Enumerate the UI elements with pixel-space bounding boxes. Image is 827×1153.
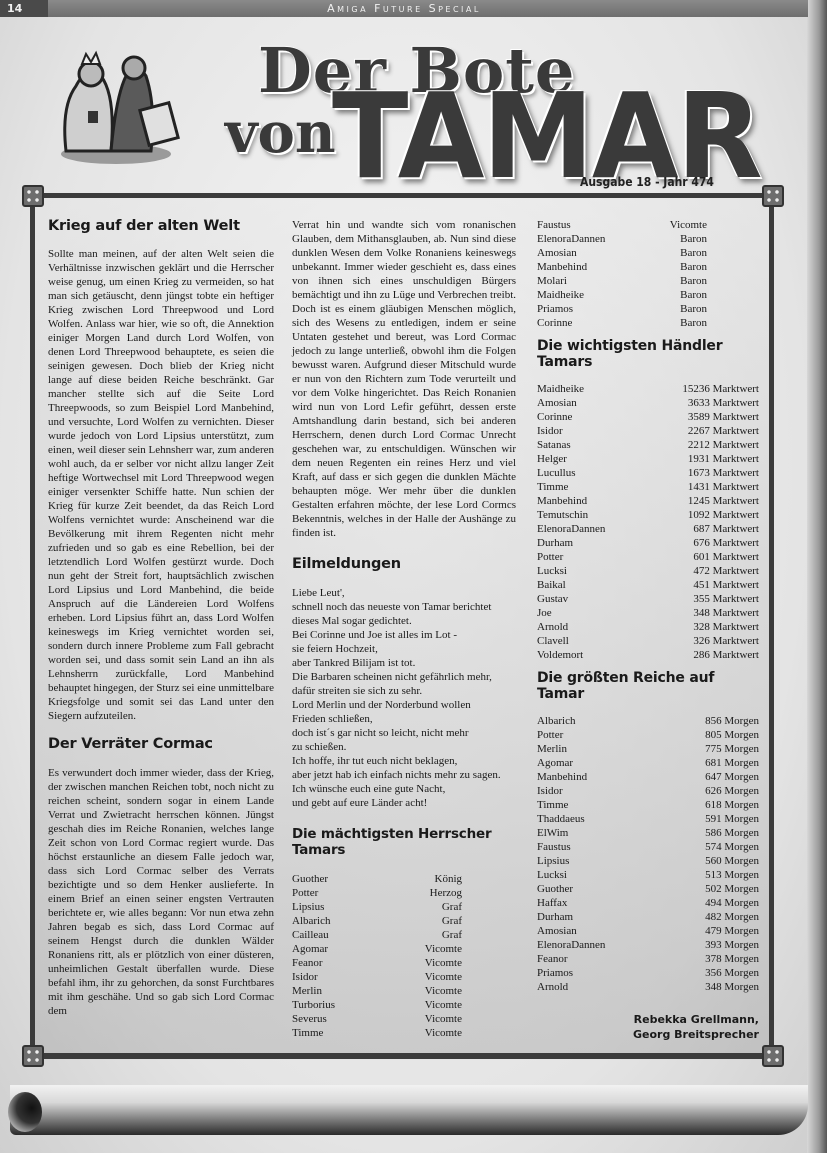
- row-value: 687 Marktwert: [642, 522, 759, 536]
- realm-row: Durham482 Morgen: [537, 910, 759, 924]
- row-value: 348 Morgen: [661, 980, 759, 994]
- row-name: Priamos: [537, 966, 661, 980]
- row-name: Arnold: [537, 980, 661, 994]
- row-value: Vicomte: [383, 1012, 462, 1026]
- ruler-row: PriamosBaron: [537, 302, 707, 316]
- row-value: 591 Morgen: [661, 812, 759, 826]
- realm-row: Thaddaeus591 Morgen: [537, 812, 759, 826]
- poem-line: Lord Merlin und der Norderbund wollen: [292, 698, 516, 712]
- trader-row: Temutschin1092 Marktwert: [537, 508, 759, 522]
- row-name: Amosian: [537, 924, 661, 938]
- row-value: 326 Marktwert: [642, 634, 759, 648]
- ruler-row: FaustusVicomte: [537, 218, 707, 232]
- ruler-row: ElenoraDannenBaron: [537, 232, 707, 246]
- row-value: 805 Morgen: [661, 728, 759, 742]
- realm-row: Timme618 Morgen: [537, 798, 759, 812]
- ruler-row: CailleauGraf: [292, 928, 462, 942]
- column-1: Krieg auf der alten Welt Sollte man mein…: [48, 218, 274, 1018]
- row-value: Vicomte: [383, 956, 462, 970]
- row-name: Timme: [292, 1026, 383, 1040]
- row-name: Albarich: [537, 714, 661, 728]
- row-value: 775 Morgen: [661, 742, 759, 756]
- masthead-title-von: von: [225, 100, 336, 166]
- row-name: Amosian: [537, 396, 642, 410]
- row-name: Guother: [292, 872, 383, 886]
- row-value: 393 Morgen: [661, 938, 759, 952]
- row-value: 2267 Marktwert: [642, 424, 759, 438]
- row-name: Manbehind: [537, 260, 647, 274]
- trader-row: Timme1431 Marktwert: [537, 480, 759, 494]
- row-value: 647 Morgen: [661, 770, 759, 784]
- row-value: Baron: [647, 246, 707, 260]
- row-value: 328 Marktwert: [642, 620, 759, 634]
- row-name: Joe: [537, 606, 642, 620]
- trader-row: Amosian3633 Marktwert: [537, 396, 759, 410]
- row-name: Feanor: [537, 952, 661, 966]
- poem-line: dieses Mal sogar gedichtet.: [292, 614, 516, 628]
- row-value: 601 Marktwert: [642, 550, 759, 564]
- trader-row: Maidheike15236 Marktwert: [537, 382, 759, 396]
- trader-row: Baikal451 Marktwert: [537, 578, 759, 592]
- row-name: ElenoraDannen: [537, 522, 642, 536]
- author-signature-2: Georg Breitsprecher: [537, 1027, 759, 1042]
- row-name: Potter: [537, 728, 661, 742]
- row-name: Arnold: [537, 620, 642, 634]
- row-value: 626 Morgen: [661, 784, 759, 798]
- row-value: 1245 Marktwert: [642, 494, 759, 508]
- issue-info: Ausgabe 18 - Jahr 474: [580, 175, 714, 189]
- row-name: Isidor: [537, 784, 661, 798]
- row-value: 3589 Marktwert: [642, 410, 759, 424]
- row-name: Helger: [537, 452, 642, 466]
- trader-row: Clavell326 Marktwert: [537, 634, 759, 648]
- trader-row: Helger1931 Marktwert: [537, 452, 759, 466]
- row-name: Faustus: [537, 840, 661, 854]
- poem-line: Liebe Leut',: [292, 586, 516, 600]
- trader-row: ElenoraDannen687 Marktwert: [537, 522, 759, 536]
- realm-row: Amosian479 Morgen: [537, 924, 759, 938]
- trader-row: Potter601 Marktwert: [537, 550, 759, 564]
- row-name: Merlin: [292, 984, 383, 998]
- row-name: Guother: [537, 882, 661, 896]
- poem-line: Frieden schließen,: [292, 712, 516, 726]
- row-value: Graf: [383, 928, 462, 942]
- row-name: ElenoraDannen: [537, 232, 647, 246]
- row-value: Vicomte: [383, 942, 462, 956]
- row-name: Lipsius: [292, 900, 383, 914]
- row-name: Thaddaeus: [537, 812, 661, 826]
- frame-rivet-icon: [762, 1045, 784, 1067]
- ruler-row: AmosianBaron: [537, 246, 707, 260]
- poem-line: Ich hoffe, ihr tut euch nicht beklagen,: [292, 754, 516, 768]
- frame-rivet-icon: [22, 1045, 44, 1067]
- realms-heading: Die größten Reiche auf Tamar: [537, 670, 759, 702]
- row-name: ElWim: [537, 826, 661, 840]
- row-value: 1931 Marktwert: [642, 452, 759, 466]
- row-value: 856 Morgen: [661, 714, 759, 728]
- realm-row: Lipsius560 Morgen: [537, 854, 759, 868]
- row-value: 574 Morgen: [661, 840, 759, 854]
- ruler-row: MaidheikeBaron: [537, 288, 707, 302]
- poem-line: Die Barbaren scheinen nicht gefährlich m…: [292, 670, 516, 684]
- realm-row: Potter805 Morgen: [537, 728, 759, 742]
- row-name: Gustav: [537, 592, 642, 606]
- row-name: Manbehind: [537, 770, 661, 784]
- row-name: Voldemort: [537, 648, 642, 662]
- article-body-krieg: Sollte man meinen, auf der alten Welt se…: [48, 247, 274, 723]
- row-name: Albarich: [292, 914, 383, 928]
- row-name: Amosian: [537, 246, 647, 260]
- row-value: König: [383, 872, 462, 886]
- row-value: 286 Marktwert: [642, 648, 759, 662]
- poem-line: zu schießen.: [292, 740, 516, 754]
- poem-line: doch ist´s gar nicht so leicht, nicht me…: [292, 726, 516, 740]
- realm-row: Agomar681 Morgen: [537, 756, 759, 770]
- column-3: FaustusVicomteElenoraDannenBaronAmosianB…: [537, 218, 759, 1042]
- trader-row: Joe348 Marktwert: [537, 606, 759, 620]
- row-name: Agomar: [292, 942, 383, 956]
- row-value: 676 Marktwert: [642, 536, 759, 550]
- author-signature-1: Rebekka Grellmann,: [537, 1012, 759, 1027]
- rulers-table-continued: FaustusVicomteElenoraDannenBaronAmosianB…: [537, 218, 707, 330]
- realm-row: Isidor626 Morgen: [537, 784, 759, 798]
- column-2: Verrat hin und wandte sich vom ronanisch…: [292, 218, 516, 1040]
- row-value: 494 Morgen: [661, 896, 759, 910]
- realm-row: Merlin775 Morgen: [537, 742, 759, 756]
- poem-line: Bei Corinne und Joe ist alles im Lot -: [292, 628, 516, 642]
- frame-rivet-icon: [22, 185, 44, 207]
- realm-row: Faustus574 Morgen: [537, 840, 759, 854]
- trader-row: Voldemort286 Marktwert: [537, 648, 759, 662]
- ruler-row: GuotherKönig: [292, 872, 462, 886]
- realm-row: Arnold348 Morgen: [537, 980, 759, 994]
- scroll-curl-icon: [8, 1092, 42, 1132]
- row-value: Graf: [383, 900, 462, 914]
- ruler-row: MerlinVicomte: [292, 984, 462, 998]
- row-value: 378 Morgen: [661, 952, 759, 966]
- row-value: 586 Morgen: [661, 826, 759, 840]
- poem-line: sie feiern Hochzeit,: [292, 642, 516, 656]
- row-value: 618 Morgen: [661, 798, 759, 812]
- row-value: Baron: [647, 274, 707, 288]
- row-value: 356 Morgen: [661, 966, 759, 980]
- realms-table: Albarich856 MorgenPotter805 MorgenMerlin…: [537, 714, 759, 994]
- row-value: 513 Morgen: [661, 868, 759, 882]
- traders-heading: Die wichtigsten Händler Tamars: [537, 338, 759, 370]
- trader-row: Durham676 Marktwert: [537, 536, 759, 550]
- king-and-scribe-illustration-icon: [46, 36, 186, 166]
- row-value: Vicomte: [383, 970, 462, 984]
- ruler-row: TimmeVicomte: [292, 1026, 462, 1040]
- row-name: Lucksi: [537, 564, 642, 578]
- row-name: Cailleau: [292, 928, 383, 942]
- row-value: 1431 Marktwert: [642, 480, 759, 494]
- row-name: Corinne: [537, 316, 647, 330]
- scroll-bottom-roll: [10, 1085, 808, 1135]
- ruler-row: ManbehindBaron: [537, 260, 707, 274]
- trader-row: Isidor2267 Marktwert: [537, 424, 759, 438]
- row-value: Vicomte: [383, 1026, 462, 1040]
- realm-row: Albarich856 Morgen: [537, 714, 759, 728]
- ruler-row: TurboriusVicomte: [292, 998, 462, 1012]
- row-value: Graf: [383, 914, 462, 928]
- row-name: Durham: [537, 910, 661, 924]
- ruler-row: CorinneBaron: [537, 316, 707, 330]
- row-name: Potter: [292, 886, 383, 900]
- row-value: Baron: [647, 260, 707, 274]
- article-heading-cormac: Der Verräter Cormac: [48, 736, 274, 752]
- poem-line: schnell noch das neueste von Tamar beric…: [292, 600, 516, 614]
- ruler-row: FeanorVicomte: [292, 956, 462, 970]
- poem-line: aber Tankred Bilijam ist tot.: [292, 656, 516, 670]
- trader-row: Lucksi472 Marktwert: [537, 564, 759, 578]
- row-name: Corinne: [537, 410, 642, 424]
- row-name: Priamos: [537, 302, 647, 316]
- row-name: Turborius: [292, 998, 383, 1012]
- row-value: Vicomte: [383, 998, 462, 1012]
- row-value: 472 Marktwert: [642, 564, 759, 578]
- realm-row: ElWim586 Morgen: [537, 826, 759, 840]
- row-value: 681 Morgen: [661, 756, 759, 770]
- row-name: ElenoraDannen: [537, 938, 661, 952]
- realm-row: Priamos356 Morgen: [537, 966, 759, 980]
- row-value: Vicomte: [383, 984, 462, 998]
- row-name: Feanor: [292, 956, 383, 970]
- row-value: Herzog: [383, 886, 462, 900]
- row-name: Haffax: [537, 896, 661, 910]
- magazine-title: Amiga Future Special: [0, 0, 808, 17]
- row-name: Maidheike: [537, 382, 642, 396]
- row-value: 348 Marktwert: [642, 606, 759, 620]
- frame-rivet-icon: [762, 185, 784, 207]
- row-value: Baron: [647, 288, 707, 302]
- page-number: 14: [0, 0, 48, 17]
- trader-row: Corinne3589 Marktwert: [537, 410, 759, 424]
- realm-row: Guother502 Morgen: [537, 882, 759, 896]
- row-value: Baron: [647, 302, 707, 316]
- row-name: Faustus: [537, 218, 647, 232]
- row-name: Molari: [537, 274, 647, 288]
- article-body-cormac-part2: Verrat hin und wandte sich vom ronanisch…: [292, 218, 516, 540]
- trader-row: Arnold328 Marktwert: [537, 620, 759, 634]
- page-header-bar: Amiga Future Special 14: [0, 0, 808, 17]
- row-name: Lucullus: [537, 466, 642, 480]
- trader-row: Gustav355 Marktwert: [537, 592, 759, 606]
- row-value: 502 Morgen: [661, 882, 759, 896]
- realm-row: Feanor378 Morgen: [537, 952, 759, 966]
- rulers-table: GuotherKönigPotterHerzogLipsiusGrafAlbar…: [292, 872, 462, 1040]
- row-name: Timme: [537, 798, 661, 812]
- row-name: Manbehind: [537, 494, 642, 508]
- row-name: Maidheike: [537, 288, 647, 302]
- row-name: Agomar: [537, 756, 661, 770]
- realm-row: Haffax494 Morgen: [537, 896, 759, 910]
- row-name: Timme: [537, 480, 642, 494]
- ruler-row: IsidorVicomte: [292, 970, 462, 984]
- row-name: Isidor: [292, 970, 383, 984]
- realm-row: Manbehind647 Morgen: [537, 770, 759, 784]
- trader-row: Lucullus1673 Marktwert: [537, 466, 759, 480]
- ruler-row: SeverusVicomte: [292, 1012, 462, 1026]
- ruler-row: MolariBaron: [537, 274, 707, 288]
- row-value: 355 Marktwert: [642, 592, 759, 606]
- article-heading-krieg: Krieg auf der alten Welt: [48, 218, 274, 234]
- rulers-heading: Die mächtigsten Herrscher Tamars: [292, 826, 516, 858]
- row-name: Satanas: [537, 438, 642, 452]
- row-name: Clavell: [537, 634, 642, 648]
- realm-row: ElenoraDannen393 Morgen: [537, 938, 759, 952]
- row-value: Vicomte: [647, 218, 707, 232]
- poem-line: dafür streiten sie sich zu sehr.: [292, 684, 516, 698]
- row-value: Baron: [647, 232, 707, 246]
- row-name: Durham: [537, 536, 642, 550]
- row-name: Lipsius: [537, 854, 661, 868]
- article-heading-eilmeldungen: Eilmeldungen: [292, 556, 516, 572]
- realm-row: Lucksi513 Morgen: [537, 868, 759, 882]
- row-name: Merlin: [537, 742, 661, 756]
- row-name: Isidor: [537, 424, 642, 438]
- ruler-row: PotterHerzog: [292, 886, 462, 900]
- poem-line: aber jetzt hab ich einfach nichts mehr z…: [292, 768, 516, 782]
- row-value: 560 Morgen: [661, 854, 759, 868]
- trader-row: Manbehind1245 Marktwert: [537, 494, 759, 508]
- row-value: Baron: [647, 316, 707, 330]
- row-value: 479 Morgen: [661, 924, 759, 938]
- trader-row: Satanas2212 Marktwert: [537, 438, 759, 452]
- row-name: Baikal: [537, 578, 642, 592]
- page-edge: [807, 0, 827, 1153]
- ruler-row: AlbarichGraf: [292, 914, 462, 928]
- row-value: 15236 Marktwert: [642, 382, 759, 396]
- ruler-row: LipsiusGraf: [292, 900, 462, 914]
- row-value: 451 Marktwert: [642, 578, 759, 592]
- row-value: 2212 Marktwert: [642, 438, 759, 452]
- poem-line: und gebt auf eure Länder acht!: [292, 796, 516, 810]
- row-name: Temutschin: [537, 508, 642, 522]
- row-name: Lucksi: [537, 868, 661, 882]
- row-value: 3633 Marktwert: [642, 396, 759, 410]
- poem-line: Ich wünsche euch eine gute Nacht,: [292, 782, 516, 796]
- row-name: Severus: [292, 1012, 383, 1026]
- traders-table: Maidheike15236 MarktwertAmosian3633 Mark…: [537, 382, 759, 662]
- article-body-cormac-part1: Es verwundert doch immer wieder, dass de…: [48, 766, 274, 1018]
- row-name: Potter: [537, 550, 642, 564]
- ruler-row: AgomarVicomte: [292, 942, 462, 956]
- row-value: 1673 Marktwert: [642, 466, 759, 480]
- row-value: 1092 Marktwert: [642, 508, 759, 522]
- row-value: 482 Morgen: [661, 910, 759, 924]
- eilmeldungen-poem: Liebe Leut',schnell noch das neueste von…: [292, 586, 516, 810]
